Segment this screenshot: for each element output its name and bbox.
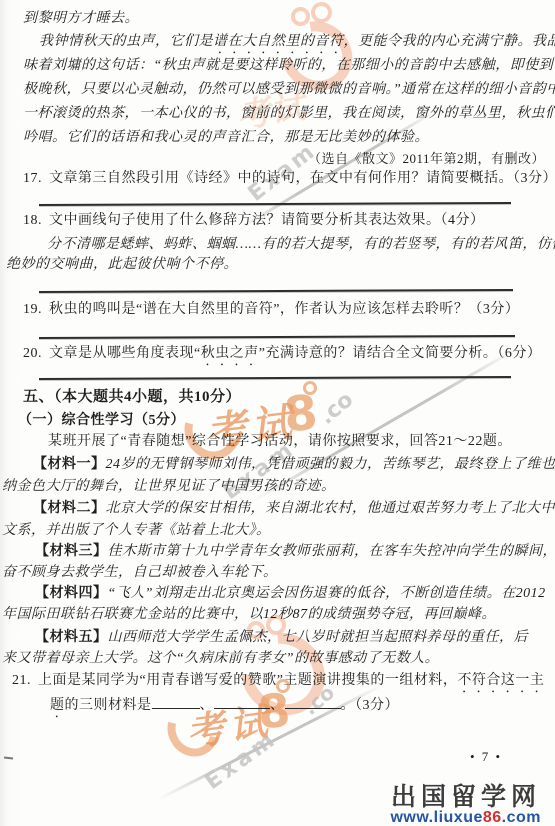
- watermark-brand-domain: .co: [314, 387, 358, 430]
- question-number: 17.: [23, 170, 42, 187]
- material-5-line-2: 来又带着母亲上大学。这个“久病床前有孝女”的故事感动了无数人。: [2, 650, 439, 667]
- passage-line: 到黎明方才睡去。: [23, 10, 139, 27]
- material-1-line-1: 【材料一】24岁的无臂钢琴师刘伟，凭借顽强的毅力，苦练琴艺，最终登上了维也: [33, 456, 555, 473]
- material-1-line-2: 纳金色大厅的舞台，让世界见证了中国男孩的奇迹。: [2, 478, 336, 495]
- question-number: 18.: [23, 212, 42, 229]
- material-text: 24岁的无臂钢琴师刘伟，凭借顽强的毅力，苦练琴艺，最终登上了维也: [106, 457, 555, 472]
- answer-line: [39, 335, 515, 339]
- question-number: 21.: [12, 672, 31, 689]
- section-intro: 某班开展了“青春随想”综合性学习活动，请你按照要求，回答21～22题。: [48, 433, 512, 450]
- material-label: 【材料四】: [35, 586, 108, 601]
- question-text: 。（3分）: [341, 698, 400, 713]
- material-5-line-1: 【材料五】山西师范大学学生孟佩杰，七八岁时就担当起照料养母的重任，后: [35, 629, 528, 646]
- material-3-line-2: 奋不顾身去救学生，自己却被卷入车轮下。: [2, 564, 278, 581]
- passage-line: 我钟情秋天的虫声，它们是谱在大自然里的音符，更能令我的内心充满宁静。我品: [39, 33, 555, 57]
- site-url-post: .com: [502, 809, 541, 826]
- passage-text: ，更能令我的内心充满宁静。我品: [344, 34, 555, 49]
- passage-emphasized-text: 谱在大自然里的音符: [213, 34, 344, 49]
- passage-text: 我钟情秋天的虫声，它们是: [39, 34, 213, 49]
- blank-separator: 、: [270, 698, 285, 713]
- question-21-line-2: 题的三则材料是、、。（3分）: [50, 695, 399, 721]
- question-number: 20.: [23, 345, 42, 362]
- material-label: 【材料五】: [35, 630, 108, 645]
- answer-blank: [285, 695, 341, 709]
- passage-line: 吟唱。它们的话语和我心灵的声音汇合，那是无比美妙的体验。: [23, 129, 429, 146]
- page-number: • 7 •: [470, 749, 502, 765]
- question-21: 21.上面是某同学为“用青春谱写爱的赞歌”主题演讲搜集的一组材料，不符合这一主: [12, 672, 544, 696]
- scan-artifact-dash: [4, 757, 13, 760]
- material-label: 【材料三】: [35, 544, 108, 559]
- question-text: 上面是某同学为“用青春谱写爱的赞歌”主题演讲搜集的一组材料，: [38, 673, 457, 688]
- answer-line: [39, 289, 513, 293]
- question-emphasized-text: 不符合这一主: [457, 673, 544, 688]
- site-url: www.liuxue86.com: [390, 810, 541, 826]
- blank-separator: 、: [200, 698, 215, 713]
- watermark-circle-icon: [303, 381, 317, 395]
- material-4-line-2: 年国际田联钻石联赛尤金站的比赛中，以12秒87的成绩强势夺冠，再回巅峰。: [2, 606, 496, 623]
- exam-page-scan: 考试 Exam 考试 8 .co Exam 考试 8 .co Exam 到黎明方…: [0, 0, 555, 826]
- site-url-number: 86: [483, 809, 502, 826]
- answer-blank: [214, 695, 270, 709]
- question-text: 文中画线句子使用了什么修辞方法？请简要分析其表达效果。（4分）: [49, 213, 485, 228]
- passage-line: 一杯滚烫的热茶，一本心仪的书，窗前的灯影里，我在阅读，窗外的草丛里，秋虫们在: [23, 105, 555, 122]
- question-emphasized-text: 秋虫之声: [201, 346, 259, 361]
- material-label: 【材料二】: [33, 501, 106, 516]
- site-url-pre: www.liuxue: [390, 809, 482, 826]
- question-20: 20.文章是从哪些角度表现“秋虫之声”充满诗意的？请结合全文简要分析。（6分）: [23, 345, 541, 369]
- question-17: 17.文章第三自然段引用《诗经》中的诗句，在文中有何作用？请简要概括。（3分）: [23, 170, 555, 187]
- question-19: 19.秋虫的鸣叫是“谱在大自然里的音符”，作者认为应该怎样去聆听？（3分）: [23, 301, 519, 318]
- material-4-line-1: 【材料四】“飞人”刘翔走出北京奥运会因伤退赛的低谷，不断创造佳绩。在2012: [35, 585, 546, 602]
- material-3-line-1: 【材料三】佳木斯市第十九中学青年女教师张丽莉，在客车失控冲向学生的瞬间，: [35, 543, 555, 560]
- material-2-line-2: 文系，并出版了个人专著《站着上北大》。: [2, 522, 271, 539]
- section-subheading: （一）综合性学习（5分）: [18, 412, 185, 429]
- question-18: 18.文中画线句子使用了什么修辞方法？请简要分析其表达效果。（4分）: [23, 212, 485, 229]
- question-text: 文章第三自然段引用《诗经》中的诗句，在文中有何作用？请简要概括。（3分）: [49, 171, 555, 186]
- passage-source: （选自《散文》2011年第2期，有删改）: [308, 150, 545, 167]
- question-emphasized-text: 题: [50, 698, 65, 713]
- answer-line: [39, 376, 511, 380]
- question-text: 文章是从哪些角度表现“: [49, 346, 201, 361]
- site-logo: 出国留学网 www.liuxue86.com: [390, 784, 541, 826]
- material-label: 【材料一】: [33, 457, 106, 472]
- question-number: 19.: [23, 301, 42, 318]
- material-text: 佳木斯市第十九中学青年女教师张丽莉，在客车失控冲向学生的瞬间，: [108, 544, 555, 559]
- question-text: 秋虫的鸣叫是“谱在大自然里的音符”，作者认为应该怎样去聆听？（3分）: [49, 302, 519, 317]
- material-2-line-1: 【材料二】北京大学的保安甘相伟，来自湖北农村，他通过艰苦努力考上了北大中: [33, 500, 555, 517]
- question-18-quote-line: 分不清哪是蟋蟀、蚂蚱、蝈蝈……有的若大提琴，有的若竖琴，有的若风笛，仿佛: [47, 236, 555, 253]
- passage-line: 味着刘墉的这句话：“秋虫声就是要这样聆听的，在那细小的音韵中去感触，即使到了: [23, 57, 555, 74]
- question-18-quote-line: 绝妙的交响曲，此起彼伏响个不停。: [6, 256, 238, 273]
- question-text: 的三则材料是: [65, 698, 152, 713]
- section-heading: 五、（本大题共4小题，共10分）: [23, 389, 241, 406]
- site-name: 出国留学网: [390, 784, 541, 810]
- material-text: 山西师范大学学生孟佩杰，七八岁时就担当起照料养母的重任，后: [108, 630, 529, 645]
- material-text: “飞人”刘翔走出北京奥运会因伤退赛的低谷，不断创造佳绩。在2012: [108, 586, 546, 601]
- material-text: 北京大学的保安甘相伟，来自湖北农村，他通过艰苦努力考上了北大中: [106, 501, 555, 516]
- answer-blank: [152, 695, 200, 709]
- question-text: ”充满诗意的？请结合全文简要分析。（6分）: [259, 346, 542, 361]
- passage-line: 极晚秋，只要以心灵触动，仍然可以感受到那微微的音响。”通常在这样的细小音韵中，: [23, 81, 555, 98]
- watermark-circle-icon: [311, 2, 332, 23]
